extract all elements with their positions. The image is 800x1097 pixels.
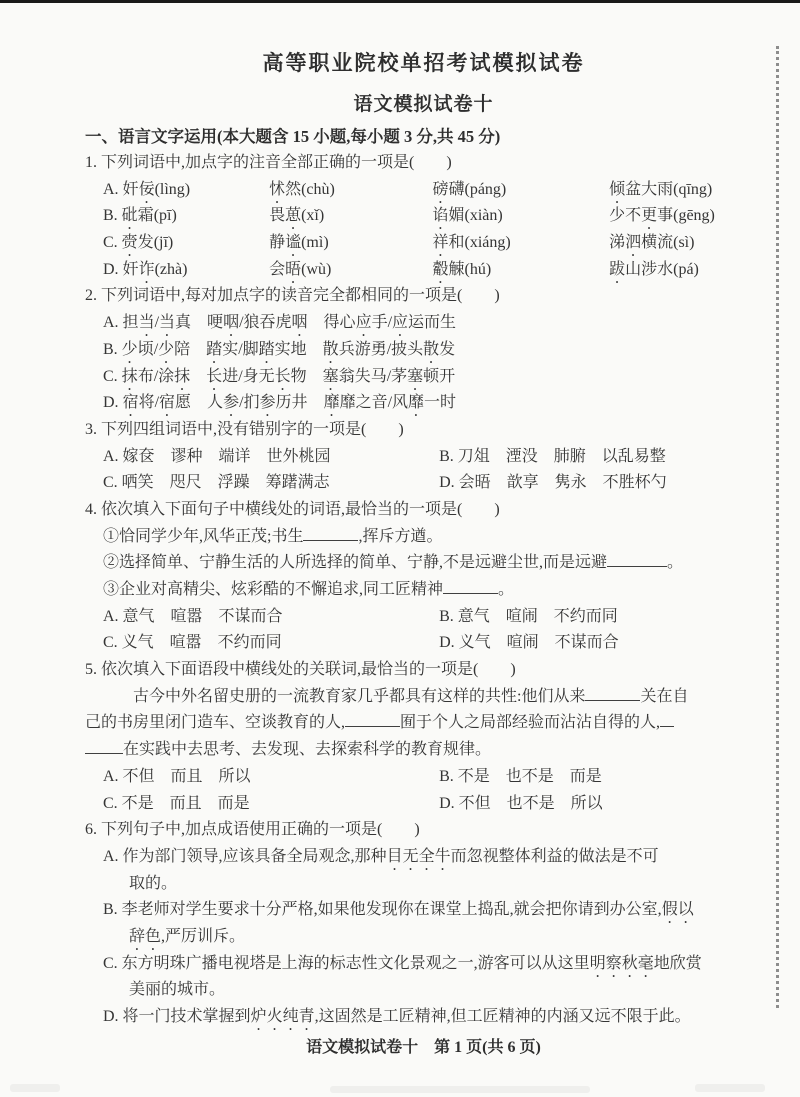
option-row: D. 奸诈(zhà)会晤(wù)觳觫(hú)跋山涉水(pá) bbox=[85, 257, 762, 284]
emphasized-text: 长 bbox=[206, 368, 222, 385]
option-cell: D. 将一门技术掌握到炉火纯青,这固然是工匠精神,但工匠精神的内涵又远不限于此。 bbox=[103, 1008, 691, 1025]
option-cell: 涕泗横流(sì) bbox=[609, 230, 762, 260]
option-cell: D. 宿将/宿愿 人参/扪参历井 靡靡之音/风靡一时 bbox=[103, 394, 456, 411]
questions: 1. 下列词语中,加点字的注音全部正确的一项是( )A. 奸佞(lìng)怵然(… bbox=[85, 150, 762, 1031]
question-stem: 6. 下列句子中,加点成语使用正确的一项是( ) bbox=[85, 817, 762, 844]
option-cell: B. 意气 喧闹 不约而同 bbox=[439, 604, 762, 631]
emphasized-text: 明察秋毫 bbox=[590, 955, 654, 972]
emphasized-text: 参 bbox=[223, 394, 239, 411]
emphasized-text: 目无全牛 bbox=[387, 848, 451, 865]
option-row: C. 哂笑 咫尺 浮躁 筹躇满志D. 会晤 歆享 隽永 不胜杯勺 bbox=[85, 470, 762, 497]
answer-blank bbox=[607, 552, 667, 567]
option-cell: 辞色,严厉训斥。 bbox=[129, 928, 245, 945]
emphasized-text: 磅 bbox=[432, 181, 448, 198]
question-number: 2. bbox=[85, 287, 101, 304]
text-line: 辞色,严厉训斥。 bbox=[85, 924, 762, 951]
option-cell: 倾盆大雨(qīng) bbox=[609, 177, 762, 207]
option-cell: A. 不但 而且 所以 bbox=[103, 764, 439, 791]
emphasized-text: 当 bbox=[159, 314, 175, 331]
answer-blank bbox=[443, 579, 498, 594]
option-cell: C. 抹布/涂抹 长进/身无长物 塞翁失马/茅塞顿开 bbox=[103, 368, 455, 385]
text-line: A. 担当/当真 哽咽/狼吞虎咽 得心应手/应运而生 bbox=[85, 310, 762, 337]
emphasized-text: 谄 bbox=[432, 207, 448, 224]
scan-artifact bbox=[330, 1086, 590, 1093]
option-cell: ②选择简单、宁静生活的人所选择的简单、宁静,不是远避尘世,而是远避。 bbox=[103, 554, 683, 571]
text-line: B. 少顷/少陪 踏实/脚踏实地 散兵游勇/披头散发 bbox=[85, 337, 762, 364]
emphasized-text: 砒 bbox=[122, 207, 138, 224]
page-title: 高等职业院校单招考试模拟试卷 bbox=[85, 50, 762, 76]
emphasized-text: 应 bbox=[356, 314, 372, 331]
option-cell: C. 东方明珠广播电视塔是上海的标志性文化景观之一,游客可以从这里明察秋毫地欣赏 bbox=[103, 955, 702, 972]
emphasized-text: 祥 bbox=[432, 234, 448, 251]
question-6: 6. 下列句子中,加点成语使用正确的一项是( )A. 作为部门领导,应该具备全局… bbox=[85, 817, 762, 1031]
option-cell: 在实践中去思考、去发现、去探索科学的教育规律。 bbox=[85, 741, 491, 758]
emphasized-text: 赍 bbox=[122, 234, 138, 251]
text-line: 古今中外名留史册的一流教育家几乎都具有这样的共性:他们从来关在自 bbox=[85, 684, 762, 711]
paper-subtitle: 语文模拟试卷十 bbox=[85, 92, 762, 118]
question-number: 3. bbox=[85, 421, 101, 438]
emphasized-text: 抹 bbox=[122, 368, 138, 385]
option-cell: ③企业对高精尖、炫彩酷的不懈追求,同工匠精神。 bbox=[103, 581, 514, 598]
text-line: ①恰同学少年,风华正茂;书生,挥斥方遒。 bbox=[85, 524, 762, 551]
emphasized-text: 参 bbox=[260, 394, 276, 411]
option-row: B. 砒霜(pī)畏葸(xǐ)谄媚(xiàn)少不更事(gēng) bbox=[85, 203, 762, 230]
text-line: C. 抹布/涂抹 长进/身无长物 塞翁失马/茅塞顿开 bbox=[85, 364, 762, 391]
option-cell: C. 哂笑 咫尺 浮躁 筹躇满志 bbox=[103, 470, 439, 497]
emphasized-text: 诈 bbox=[139, 261, 155, 278]
option-cell: C. 义气 喧嚣 不约而同 bbox=[103, 630, 439, 657]
option-cell: B. 少顷/少陪 踏实/脚踏实地 散兵游勇/披头散发 bbox=[103, 341, 455, 358]
option-row: A. 不但 而且 所以B. 不是 也不是 而是 bbox=[85, 764, 762, 791]
text-line: ②选择简单、宁静生活的人所选择的简单、宁静,不是远避尘世,而是远避。 bbox=[85, 550, 762, 577]
option-cell: 觳觫(hú) bbox=[432, 257, 609, 287]
option-row: C. 义气 喧嚣 不约而同D. 义气 喧闹 不谋而合 bbox=[85, 630, 762, 657]
option-cell: 美丽的城市。 bbox=[129, 981, 225, 998]
scan-artifact bbox=[10, 1084, 60, 1092]
emphasized-text: 觳 bbox=[432, 261, 448, 278]
option-row: A. 意气 喧嚣 不谋而合B. 意气 喧闹 不约而同 bbox=[85, 604, 762, 631]
option-cell: D. 会晤 歆享 隽永 不胜杯勺 bbox=[439, 470, 762, 497]
option-cell: D. 奸诈(zhà) bbox=[103, 257, 269, 287]
option-cell: ①恰同学少年,风华正茂;书生,挥斥方遒。 bbox=[103, 528, 442, 545]
question-3: 3. 下列四组词语中,没有错别字的一项是( )A. 嫁奁 谬种 端详 世外桃园B… bbox=[85, 417, 762, 497]
question-4: 4. 依次填入下面句子中横线处的词语,最恰当的一项是( )①恰同学少年,风华正茂… bbox=[85, 497, 762, 657]
option-cell: 取的。 bbox=[129, 875, 177, 892]
option-cell: 谄媚(xiàn) bbox=[432, 203, 609, 233]
emphasized-text: 塞 bbox=[323, 368, 339, 385]
text-line: 在实践中去思考、去发现、去探索科学的教育规律。 bbox=[85, 737, 762, 764]
question-stem: 3. 下列四组词语中,没有错别字的一项是( ) bbox=[85, 417, 762, 444]
emphasized-text: 踏 bbox=[206, 341, 222, 358]
emphasized-text: 谧 bbox=[285, 234, 301, 251]
question-stem: 2. 下列词语中,每对加点字的读音完全都相同的一项是( ) bbox=[85, 283, 762, 310]
text-line: A. 作为部门领导,应该具备全局观念,那种目无全牛而忽视整体利益的做法是不可 bbox=[85, 844, 762, 871]
page-footer: 语文模拟试卷十 第 1 页(共 6 页) bbox=[85, 1034, 762, 1061]
emphasized-text: 怵 bbox=[269, 181, 285, 198]
option-cell: 少不更事(gēng) bbox=[609, 203, 762, 233]
option-cell: A. 意气 喧嚣 不谋而合 bbox=[103, 604, 439, 631]
emphasized-text: 泗 bbox=[625, 234, 641, 251]
question-number: 6. bbox=[85, 821, 101, 838]
option-cell: A. 作为部门领导,应该具备全局观念,那种目无全牛而忽视整体利益的做法是不可 bbox=[103, 848, 659, 865]
question-stem: 1. 下列词语中,加点字的注音全部正确的一项是( ) bbox=[85, 150, 762, 177]
option-cell: D. 不但 也不是 所以 bbox=[439, 791, 762, 818]
emphasized-text: 抹 bbox=[174, 368, 190, 385]
question-number: 1. bbox=[85, 154, 101, 171]
answer-blank bbox=[345, 712, 400, 727]
emphasized-text: 更 bbox=[641, 207, 657, 224]
emphasized-text: 宿 bbox=[159, 394, 175, 411]
question-2: 2. 下列词语中,每对加点字的读音完全都相同的一项是( )A. 担当/当真 哽咽… bbox=[85, 283, 762, 416]
emphasized-text: 少 bbox=[158, 341, 174, 358]
question-stem: 5. 依次填入下面语段中横线处的关联词,最恰当的一项是( ) bbox=[85, 657, 762, 684]
emphasized-text: 倾 bbox=[609, 181, 625, 198]
emphasized-text: 跋 bbox=[609, 261, 625, 278]
page-edge-dotted-rule bbox=[776, 46, 779, 1008]
question-number: 5. bbox=[85, 661, 101, 678]
option-cell: A. 奸佞(lìng) bbox=[103, 177, 269, 207]
option-cell: 己的书房里闭门造车、空谈教育的人,囿于个人之局部经验而沾沾自得的人, bbox=[85, 714, 674, 731]
text-line: C. 东方明珠广播电视塔是上海的标志性文化景观之一,游客可以从这里明察秋毫地欣赏 bbox=[85, 951, 762, 978]
option-cell: 畏葸(xǐ) bbox=[269, 203, 432, 233]
emphasized-text: 踏 bbox=[259, 341, 275, 358]
emphasized-text: 长 bbox=[275, 368, 291, 385]
question-stem: 4. 依次填入下面句子中横线处的词语,最恰当的一项是( ) bbox=[85, 497, 762, 524]
option-row: A. 嫁奁 谬种 端详 世外桃园B. 刀俎 湮没 肺腑 以乱易整 bbox=[85, 444, 762, 471]
option-cell: A. 嫁奁 谬种 端详 世外桃园 bbox=[103, 444, 439, 471]
option-row: C. 不是 而且 而是D. 不但 也不是 所以 bbox=[85, 791, 762, 818]
question-number: 4. bbox=[85, 501, 101, 518]
text-line: ③企业对高精尖、炫彩酷的不懈追求,同工匠精神。 bbox=[85, 577, 762, 604]
scan-artifact bbox=[695, 1084, 765, 1092]
emphasized-text: 散 bbox=[423, 341, 439, 358]
text-line: 己的书房里闭门造车、空谈教育的人,囿于个人之局部经验而沾沾自得的人, bbox=[85, 710, 762, 737]
emphasized-text: 假以 bbox=[662, 901, 694, 918]
option-cell: B. 不是 也不是 而是 bbox=[439, 764, 762, 791]
option-cell: B. 砒霜(pī) bbox=[103, 203, 269, 233]
emphasized-text: 宿 bbox=[123, 394, 139, 411]
emphasized-text: 靡 bbox=[408, 394, 424, 411]
option-cell: B. 李老师对学生要求十分严格,如果他发现你在课堂上捣乱,就会把你请到办公室,假… bbox=[103, 901, 694, 918]
exam-paper-content: 高等职业院校单招考试模拟试卷 语文模拟试卷十 一、语言文字运用(本大题含 15 … bbox=[85, 0, 762, 1061]
emphasized-text: 咽 bbox=[223, 314, 239, 331]
emphasized-text: 炉火纯青 bbox=[251, 1008, 315, 1025]
question-5: 5. 依次填入下面语段中横线处的关联词,最恰当的一项是( )古今中外名留史册的一… bbox=[85, 657, 762, 817]
emphasized-text: 应 bbox=[392, 314, 408, 331]
option-row: C. 赍发(jī)静谧(mì)祥和(xiáng)涕泗横流(sì) bbox=[85, 230, 762, 257]
option-cell: 怵然(chù) bbox=[269, 177, 432, 207]
text-line: B. 李老师对学生要求十分严格,如果他发现你在课堂上捣乱,就会把你请到办公室,假… bbox=[85, 897, 762, 924]
option-cell: 静谧(mì) bbox=[269, 230, 432, 260]
emphasized-text: 咽 bbox=[292, 314, 308, 331]
option-cell: 跋山涉水(pá) bbox=[609, 257, 762, 287]
option-cell: C. 赍发(jī) bbox=[103, 230, 269, 260]
exam-page: { "doc": { "title": "高等职业院校单招考试模拟试卷", "s… bbox=[0, 0, 800, 1097]
option-cell: A. 担当/当真 哽咽/狼吞虎咽 得心应手/应运而生 bbox=[103, 314, 456, 331]
emphasized-text: 塞 bbox=[407, 368, 423, 385]
emphasized-text: 辞色 bbox=[129, 928, 161, 945]
answer-blank bbox=[85, 739, 123, 754]
answer-blank bbox=[660, 712, 674, 727]
answer-blank bbox=[585, 686, 640, 701]
emphasized-text: 散 bbox=[323, 341, 339, 358]
text-line: D. 宿将/宿愿 人参/扪参历井 靡靡之音/风靡一时 bbox=[85, 390, 762, 417]
option-cell: 磅礴(páng) bbox=[432, 177, 609, 207]
text-line: 取的。 bbox=[85, 871, 762, 898]
emphasized-text: 靡 bbox=[324, 394, 340, 411]
option-cell: 会晤(wù) bbox=[269, 257, 432, 287]
option-cell: 古今中外名留史册的一流教育家几乎都具有这样的共性:他们从来关在自 bbox=[133, 688, 688, 705]
option-cell: B. 刀俎 湮没 肺腑 以乱易整 bbox=[439, 444, 762, 471]
text-line: D. 将一门技术掌握到炉火纯青,这固然是工匠精神,但工匠精神的内涵又远不限于此。 bbox=[85, 1004, 762, 1031]
emphasized-text: 少 bbox=[122, 341, 138, 358]
emphasized-text: 葸 bbox=[285, 207, 301, 224]
question-1: 1. 下列词语中,加点字的注音全部正确的一项是( )A. 奸佞(lìng)怵然(… bbox=[85, 150, 762, 283]
emphasized-text: 晤 bbox=[285, 261, 301, 278]
text-line: 美丽的城市。 bbox=[85, 977, 762, 1004]
section-heading: 一、语言文字运用(本大题含 15 小题,每小题 3 分,共 45 分) bbox=[85, 123, 762, 150]
option-cell: 祥和(xiáng) bbox=[432, 230, 609, 260]
answer-blank bbox=[303, 526, 358, 541]
option-cell: C. 不是 而且 而是 bbox=[103, 791, 439, 818]
emphasized-text: 当 bbox=[139, 314, 155, 331]
option-row: A. 奸佞(lìng)怵然(chù)磅礴(páng)倾盆大雨(qīng) bbox=[85, 177, 762, 204]
emphasized-text: 佞 bbox=[139, 181, 155, 198]
option-cell: D. 义气 喧闹 不谋而合 bbox=[439, 630, 762, 657]
